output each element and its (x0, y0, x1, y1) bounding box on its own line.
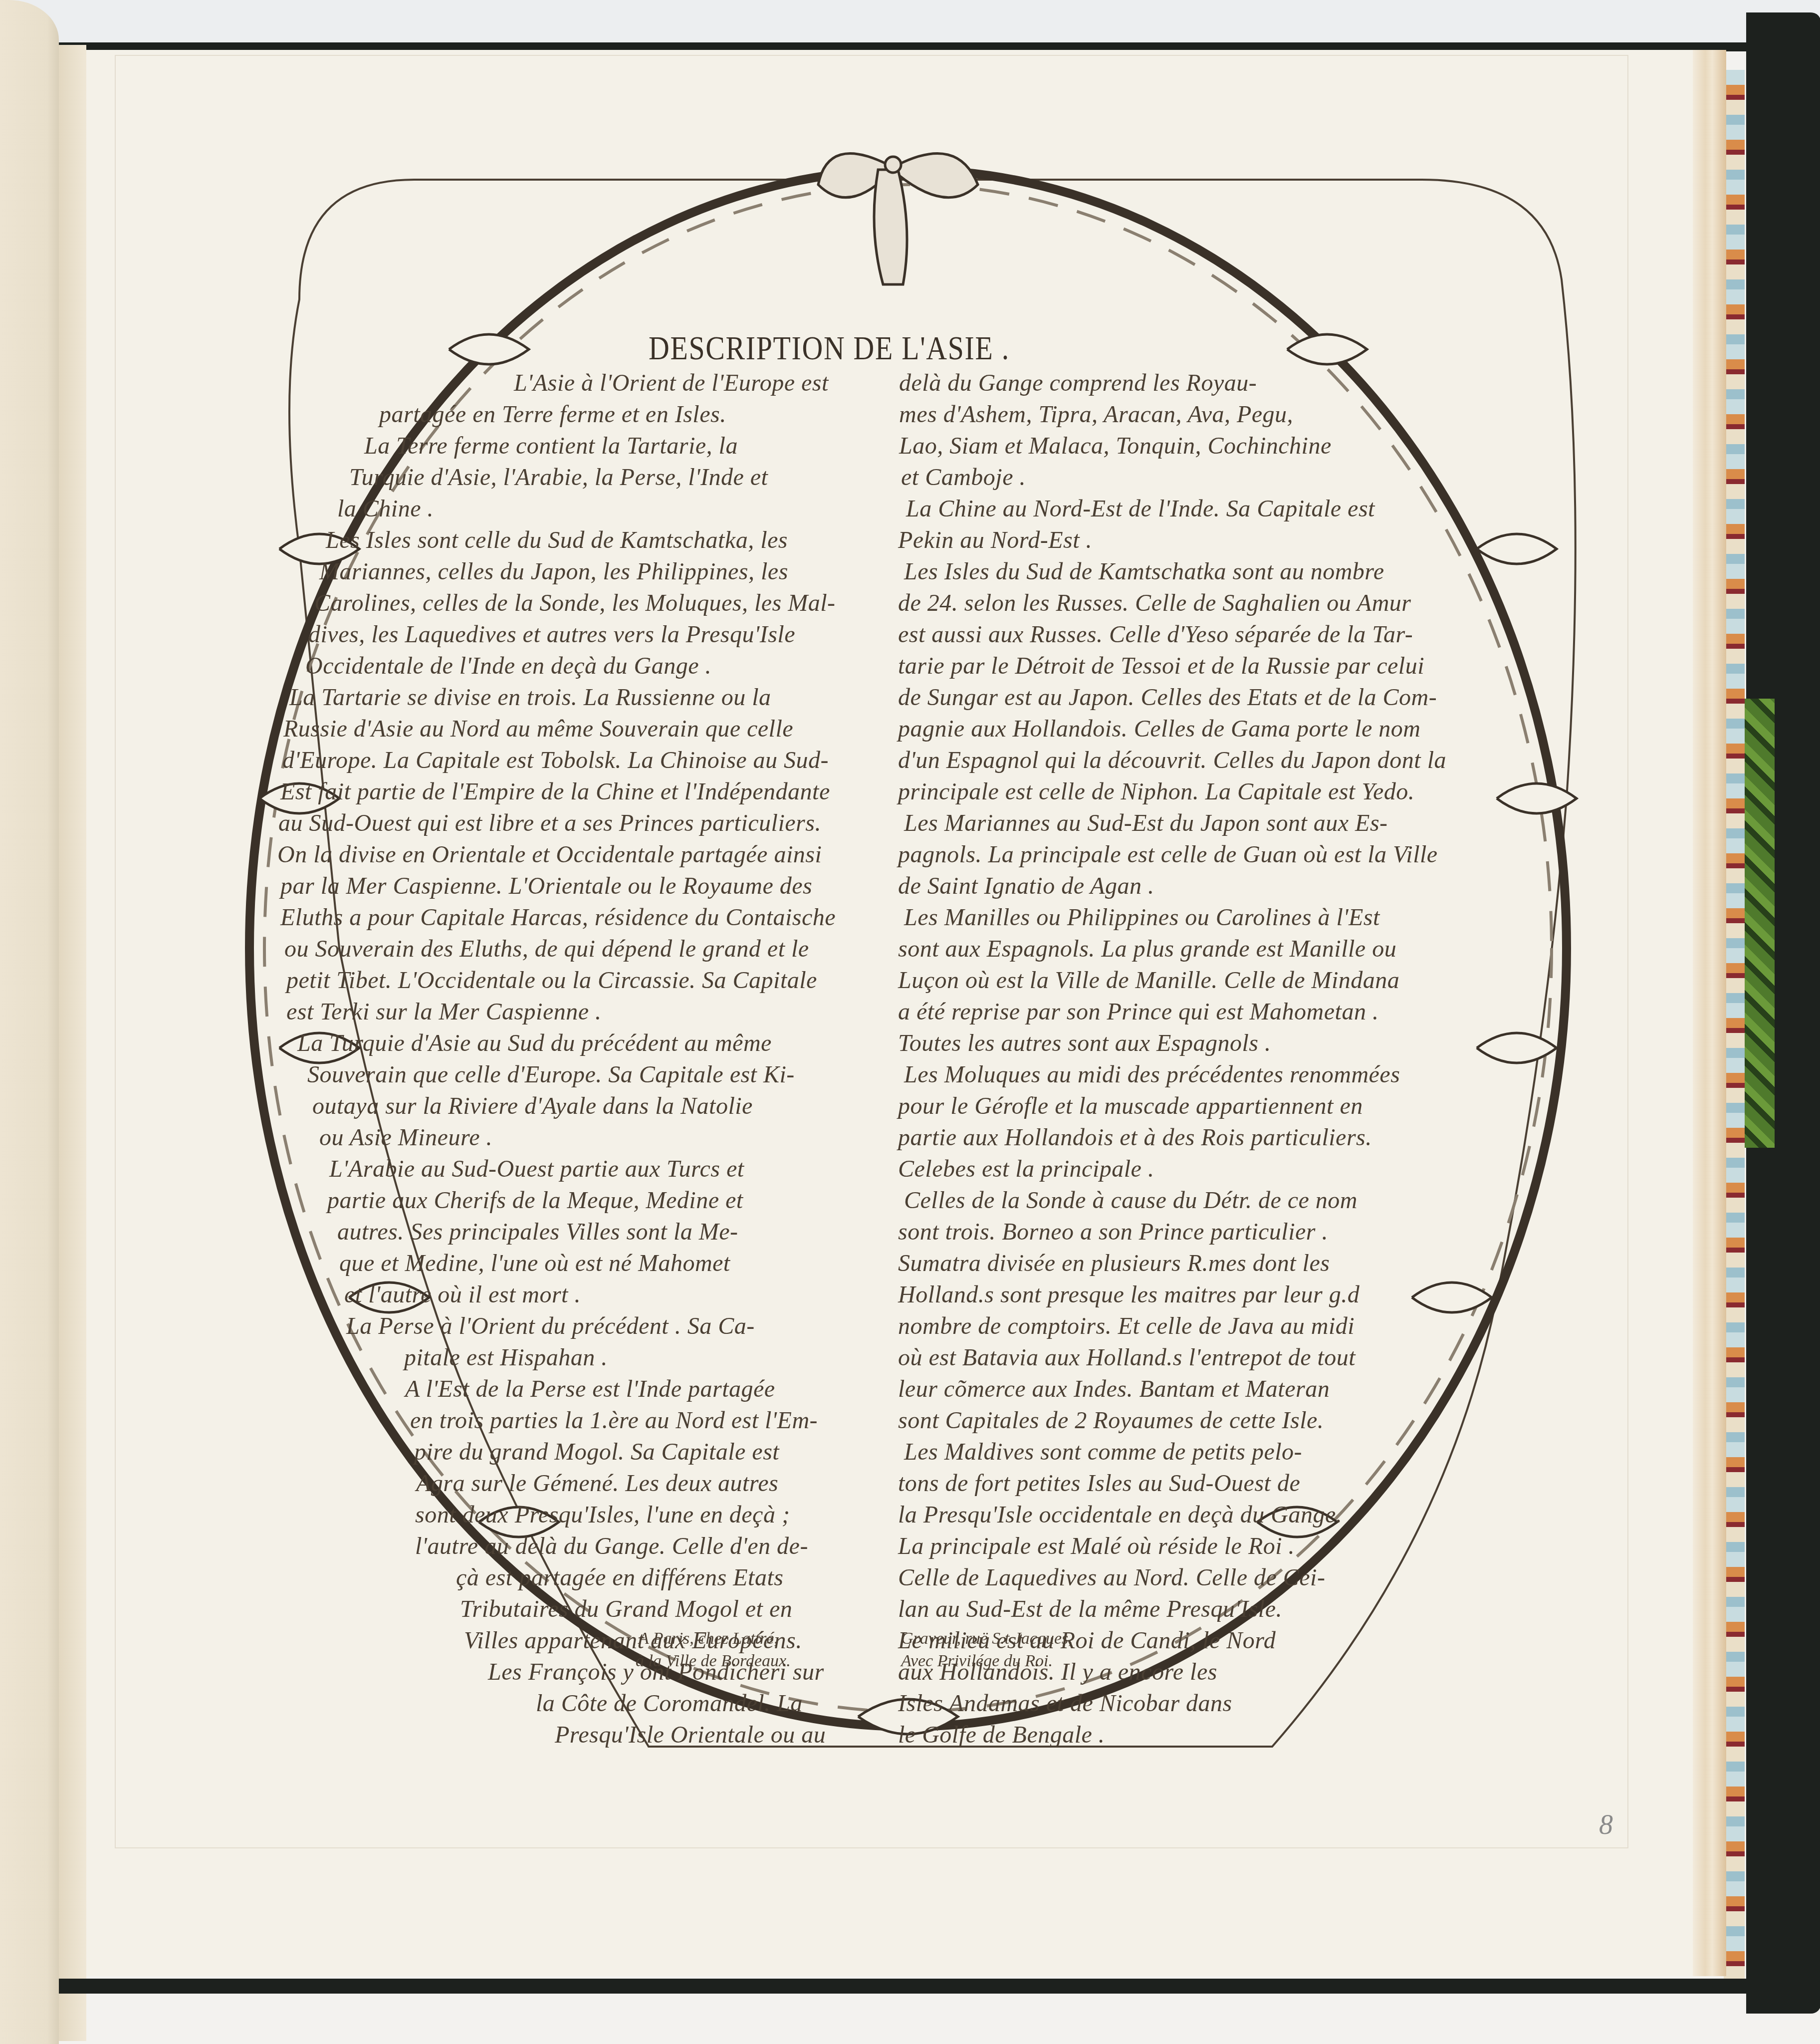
right_column-line: partie aux Hollandois et à des Rois part… (898, 1124, 1372, 1151)
left_column-line: La Perse à l'Orient du précédent . Sa Ca… (346, 1312, 755, 1340)
right_column-line: tons de fort petites Isles au Sud-Ouest … (898, 1470, 1300, 1497)
left_column-line: partagée en Terre ferme et en Isles. (379, 401, 726, 428)
left_column-line: dives, les Laquedives et autres vers la … (308, 621, 795, 648)
left_column-line: et l'autre où il est mort . (344, 1281, 581, 1308)
right_column-line: Toutes les autres sont aux Espagnols . (898, 1029, 1271, 1057)
left_column-line: pitale est Hispahan . (404, 1344, 608, 1371)
right_column-line: sont trois. Borneo a son Prince particul… (898, 1218, 1328, 1246)
right_column-line: Celebes est la principale . (898, 1155, 1154, 1183)
left_column-line: Presqu'Isle Orientale ou au (555, 1721, 826, 1749)
left_column-line: Les Isles sont celle du Sud de Kamtschat… (326, 526, 788, 554)
left_column-line: l'autre au delà du Gange. Celle d'en de- (415, 1533, 808, 1560)
right_column-line: Luçon où est la Ville de Manille. Celle … (898, 967, 1399, 994)
left_column-line: A l'Est de la Perse est l'Inde partagée (405, 1375, 775, 1403)
right_column-line: principale est celle de Niphon. La Capit… (898, 778, 1414, 805)
left_column-line: au Sud-Ouest qui est libre et a ses Prin… (278, 809, 821, 837)
right_column-line: Les Manilles ou Philippines ou Carolines… (904, 904, 1380, 931)
right_column-line: nombre de comptoirs. Et celle de Java au… (898, 1312, 1355, 1340)
right_column-line: delà du Gange comprend les Royau- (899, 369, 1257, 397)
right_column-line: mes d'Ashem, Tipra, Aracan, Ava, Pegu, (899, 401, 1293, 428)
left_column-line: par la Mer Caspienne. L'Orientale ou le … (280, 872, 812, 900)
left_column-line: Russie d'Asie au Nord au même Souverain … (283, 715, 793, 743)
imprint-line: Avec Privilége du Roi. (901, 1652, 1053, 1671)
left_column-line: en trois parties la 1.ère au Nord est l'… (410, 1407, 818, 1434)
left_column-line: La Terre ferme contient la Tartarie, la (364, 432, 738, 460)
left_column-line: que et Medine, l'une où est né Mahomet (339, 1250, 730, 1277)
left_column-line: Souverain que celle d'Europe. Sa Capital… (307, 1061, 795, 1088)
right_column-line: La principale est Malé où réside le Roi … (898, 1533, 1295, 1560)
right_column-line: Celles de la Sonde à cause du Détr. de c… (904, 1187, 1358, 1214)
left_column-line: L'Asie à l'Orient de l'Europe est (514, 369, 829, 397)
left_column-line: çà est partagée en différens Etats (456, 1564, 783, 1591)
left_column-line: Turquie d'Asie, l'Arabie, la Perse, l'In… (349, 464, 768, 491)
left_column-line: Agra sur le Gémené. Les deux autres (416, 1470, 778, 1497)
imprint-line: Graveur, ruë S.t Jacques, (901, 1629, 1073, 1648)
right_column-line: où est Batavia aux Holland.s l'entrepot … (898, 1344, 1356, 1371)
right_column-line: de Saint Ignatio de Agan . (898, 872, 1154, 900)
left_column-line: outaya sur la Riviere d'Ayale dans la Na… (312, 1092, 753, 1120)
right_column-line: Pekin au Nord-Est . (898, 526, 1092, 554)
right_column-line: La Chine au Nord-Est de l'Inde. Sa Capit… (906, 495, 1375, 522)
left_column-line: Occidentale de l'Inde en deçà du Gange . (305, 652, 711, 680)
right_column-line: sont aux Espagnols. La plus grande est M… (898, 935, 1396, 963)
right_column-line: la Presqu'Isle occidentale en deçà du Ga… (898, 1501, 1342, 1529)
right_column-line: Les Moluques au midi des précédentes ren… (904, 1061, 1400, 1088)
right_column-line: Holland.s sont presque les maitres par l… (898, 1281, 1360, 1308)
right_column-line: a été reprise par son Prince qui est Mah… (898, 998, 1378, 1025)
left_column-line: la Côte de Coromandel. La (536, 1690, 803, 1717)
left_column-line: sont deux Presqu'Isles, l'une en deçà ; (415, 1501, 790, 1529)
left_column-line: petit Tibet. L'Occidentale ou la Circass… (286, 967, 817, 994)
right_column-line: pagnols. La principale est celle de Guan… (898, 841, 1438, 868)
right_column-line: Lao, Siam et Malaca, Tonquin, Cochinchin… (899, 432, 1332, 460)
left_column-line: L'Arabie au Sud-Ouest partie aux Turcs e… (329, 1155, 744, 1183)
left_column-line: On la divise en Orientale et Occidentale… (277, 841, 822, 868)
right_column-line: lan au Sud-Est de la même Presqu'Isle. (898, 1595, 1282, 1623)
right_column-line: Les Isles du Sud de Kamtschatka sont au … (904, 558, 1384, 585)
right_column-line: leur cõmerce aux Indes. Bantam et Matera… (898, 1375, 1330, 1403)
left_column-line: pire du grand Mogol. Sa Capitale est (414, 1438, 779, 1466)
right_column-line: tarie par le Détroit de Tessoi et de la … (898, 652, 1424, 680)
left_column-line: ou Asie Mineure . (319, 1124, 492, 1151)
right_column-line: pagnie aux Hollandois. Celles de Gama po… (898, 715, 1421, 743)
right_column-line: pour le Gérofle et la muscade appartienn… (898, 1092, 1363, 1120)
ribbon-bow (818, 154, 978, 285)
page-title: DESCRIPTION DE L'ASIE . (649, 328, 1010, 368)
left_column-line: partie aux Cherifs de la Meque, Medine e… (327, 1187, 743, 1214)
right_column-line: sont Capitales de 2 Royaumes de cette Is… (898, 1407, 1324, 1434)
left_column-line: Carolines, celles de la Sonde, les Moluq… (314, 589, 836, 617)
left_column-line: Mariannes, celles du Japon, les Philippi… (319, 558, 788, 585)
right_column-line: de 24. selon les Russes. Celle de Saghal… (898, 589, 1411, 617)
left_column-line: est Terki sur la Mer Caspienne . (286, 998, 602, 1025)
right_column-line: est aussi aux Russes. Celle d'Yeso sépar… (898, 621, 1413, 648)
right_column-line: Isles Andamas et de Nicobar dans (898, 1690, 1232, 1717)
left_column-line: La Turquie d'Asie au Sud du précédent au… (297, 1029, 772, 1057)
left_column-line: La Tartarie se divise en trois. La Russi… (289, 684, 771, 711)
right_column-line: Celle de Laquedives au Nord. Celle de Ce… (898, 1564, 1325, 1591)
left_column-line: Tributaires du Grand Mogol et en (460, 1595, 792, 1623)
left_column-line: Eluths a pour Capitale Harcas, résidence… (280, 904, 836, 931)
right_column-line: Les Mariannes au Sud-Est du Japon sont a… (904, 809, 1388, 837)
left_column-line: ou Souverain des Eluths, de qui dépend l… (284, 935, 809, 963)
right_column-line: et Camboje . (901, 464, 1026, 491)
right_column-line: Sumatra divisée en plusieurs R.mes dont … (898, 1250, 1330, 1277)
left_column-line: Est fait partie de l'Empire de la Chine … (280, 778, 830, 805)
right_column-line: d'un Espagnol qui la découvrit. Celles d… (898, 747, 1446, 774)
right_column-line: le Golfe de Bengale . (898, 1721, 1105, 1749)
right_column-line: Les Maldives sont comme de petits pelo- (904, 1438, 1302, 1466)
left_column-line: autres. Ses principales Villes sont la M… (337, 1218, 738, 1246)
left_column-line: d'Europe. La Capitale est Tobolsk. La Ch… (282, 747, 829, 774)
imprint-line: A Paris, chez Lattré, (639, 1629, 778, 1648)
page-number: 8 (1599, 1809, 1613, 1841)
right_column-line: de Sungar est au Japon. Celles des Etats… (898, 684, 1437, 711)
left_column-line: la Chine . (337, 495, 434, 522)
imprint-line: à la Ville de Bordeaux. (636, 1652, 791, 1671)
